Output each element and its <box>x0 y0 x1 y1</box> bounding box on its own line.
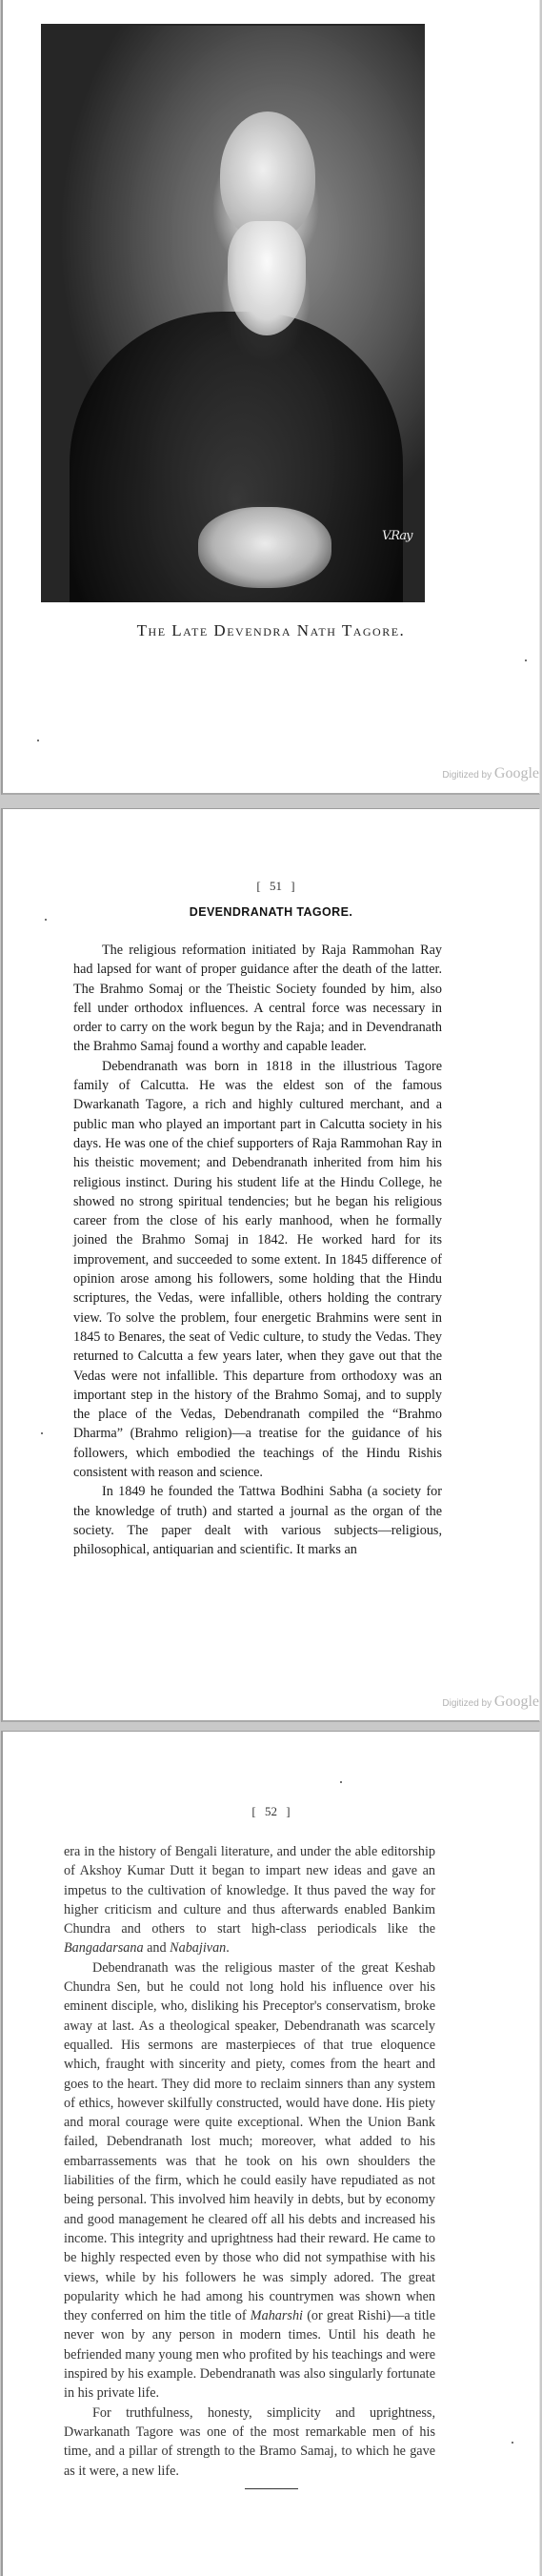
scan-speck <box>41 1432 43 1434</box>
periodical-title: Nabajivan <box>170 1940 226 1956</box>
body-text: era in the history of Bengali literature… <box>64 1842 435 2481</box>
scan-speck <box>37 740 39 741</box>
section-end-rule <box>245 2488 298 2489</box>
watermark-prefix: Digitized by <box>442 770 492 781</box>
paragraph: The religious reformation initiated by R… <box>73 941 442 1057</box>
honorific-title: Maharshi <box>251 2308 303 2323</box>
artist-signature: V.Ray <box>382 529 412 543</box>
text-run: Debendranath was the religious master of… <box>64 1960 435 2323</box>
digitized-by-google-watermark: Digitized by Google <box>442 1694 539 1711</box>
text-run: . <box>226 1940 230 1956</box>
paragraph: Debendranath was the religious master of… <box>64 1958 435 2404</box>
text-run: For truthfulness, honesty, simplicity an… <box>64 2405 435 2479</box>
scan-page-plate: V.Ray The Late Devendra Nath Tagore. Dig… <box>1 0 540 795</box>
text-run: and <box>144 1940 171 1956</box>
page-number: [ 52 ] <box>3 1804 539 1819</box>
portrait-beard <box>228 221 306 335</box>
scan-page-52: [ 52 ] era in the history of Bengali lit… <box>1 1731 540 2576</box>
google-wordmark: Google <box>494 1694 539 1710</box>
plate-caption: The Late Devendra Nath Tagore. <box>3 621 539 640</box>
google-wordmark: Google <box>494 765 539 781</box>
portrait-hands <box>198 507 331 588</box>
paragraph: era in the history of Bengali literature… <box>64 1842 435 1958</box>
watermark-prefix: Digitized by <box>442 1698 492 1709</box>
text-run: era in the history of Bengali literature… <box>64 1844 435 1937</box>
chapter-heading: DEVENDRANATH TAGORE. <box>3 905 539 919</box>
paragraph: For truthfulness, honesty, simplicity an… <box>64 2404 435 2481</box>
scan-speck <box>512 2442 513 2444</box>
portrait-image: V.Ray <box>41 24 425 602</box>
paragraph: In 1849 he founded the Tattwa Bodhini Sa… <box>73 1482 442 1559</box>
body-text: The religious reformation initiated by R… <box>73 941 442 1560</box>
scan-speck <box>45 919 47 921</box>
scan-page-51: [ 51 ] DEVENDRANATH TAGORE. The religiou… <box>1 808 540 1722</box>
scan-speck <box>525 659 527 661</box>
page-number: [ 51 ] <box>12 879 539 894</box>
periodical-title: Bangadarsana <box>64 1940 144 1956</box>
scan-speck <box>340 1781 342 1783</box>
paragraph: Debendranath was born in 1818 in the ill… <box>73 1057 442 1483</box>
digitized-by-google-watermark: Digitized by Google <box>442 765 539 782</box>
